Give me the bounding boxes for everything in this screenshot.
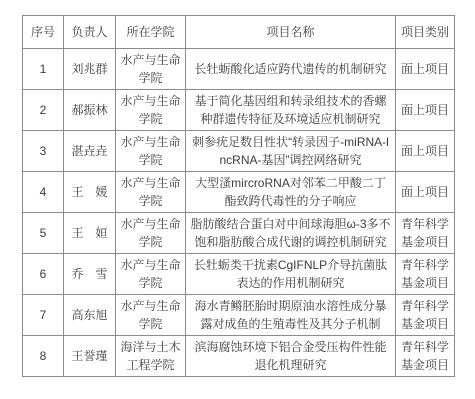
cell-leader: 王 媛 (64, 172, 116, 213)
cell-leader: 湛垚垚 (64, 131, 116, 172)
table-row: 6乔 雪水产与生命学院长牡蛎类干扰素CgIFNLP介导抗菌肽表达的作用机制研究青… (23, 254, 455, 295)
cell-category: 面上项目 (396, 131, 455, 172)
cell-category: 青年科学基金项目 (396, 295, 455, 336)
cell-no: 7 (23, 295, 64, 336)
cell-college: 水产与生命学院 (116, 172, 186, 213)
header-category: 项目类别 (396, 16, 455, 49)
cell-college: 水产与生命学院 (116, 131, 186, 172)
table-row: 4王 媛水产与生命学院大型溞mircroRNA对邻苯二甲酸二丁酯致跨代毒性的分子… (23, 172, 455, 213)
table-row: 2郝振林水产与生命学院基于简化基因组和转录组技术的香螺种群遗传特征及环境适应机制… (23, 90, 455, 131)
cell-category: 面上项目 (396, 90, 455, 131)
cell-category: 面上项目 (396, 49, 455, 90)
table-row: 8王誉瑾海洋与土木工程学院滨海腐蚀环境下铝合金受压构件性能退化机理研究青年科学基… (23, 336, 455, 377)
cell-no: 1 (23, 49, 64, 90)
cell-college: 水产与生命学院 (116, 213, 186, 254)
cell-leader: 刘兆群 (64, 49, 116, 90)
cell-category: 面上项目 (396, 172, 455, 213)
cell-leader: 郝振林 (64, 90, 116, 131)
cell-project: 大型溞mircroRNA对邻苯二甲酸二丁酯致跨代毒性的分子响应 (186, 172, 396, 213)
cell-college: 水产与生命学院 (116, 90, 186, 131)
cell-no: 3 (23, 131, 64, 172)
cell-college: 水产与生命学院 (116, 49, 186, 90)
header-college: 所在学院 (116, 16, 186, 49)
table-row: 7高东旭水产与生命学院海水青鳉胚胎时期原油水溶性成分暴露对成鱼的生殖毒性及其分子… (23, 295, 455, 336)
cell-project: 长牡蛎类干扰素CgIFNLP介导抗菌肽表达的作用机制研究 (186, 254, 396, 295)
header-leader: 负责人 (64, 16, 116, 49)
header-project: 项目名称 (186, 16, 396, 49)
cell-project: 滨海腐蚀环境下铝合金受压构件性能退化机理研究 (186, 336, 396, 377)
table-row: 1刘兆群水产与生命学院长牡蛎酸化适应跨代遗传的机制研究面上项目 (23, 49, 455, 90)
cell-project: 海水青鳉胚胎时期原油水溶性成分暴露对成鱼的生殖毒性及其分子机制 (186, 295, 396, 336)
cell-leader: 高东旭 (64, 295, 116, 336)
cell-category: 青年科学基金项目 (396, 254, 455, 295)
cell-leader: 王誉瑾 (64, 336, 116, 377)
cell-project: 基于简化基因组和转录组技术的香螺种群遗传特征及环境适应机制研究 (186, 90, 396, 131)
cell-project: 刺参疣足数目性状“转录因子-miRNA-lncRNA-基因”调控网络研究 (186, 131, 396, 172)
cell-category: 青年科学基金项目 (396, 336, 455, 377)
cell-college: 海洋与土木工程学院 (116, 336, 186, 377)
header-no: 序号 (23, 16, 64, 49)
table-body: 1刘兆群水产与生命学院长牡蛎酸化适应跨代遗传的机制研究面上项目2郝振林水产与生命… (23, 49, 455, 377)
cell-project: 长牡蛎酸化适应跨代遗传的机制研究 (186, 49, 396, 90)
table-row: 3湛垚垚水产与生命学院刺参疣足数目性状“转录因子-miRNA-lncRNA-基因… (23, 131, 455, 172)
cell-no: 5 (23, 213, 64, 254)
cell-no: 8 (23, 336, 64, 377)
cell-no: 2 (23, 90, 64, 131)
cell-college: 水产与生命学院 (116, 254, 186, 295)
cell-category: 青年科学基金项目 (396, 213, 455, 254)
cell-no: 4 (23, 172, 64, 213)
table-row: 5王 姮水产与生命学院脂肪酸结合蛋白对中间球海胆ω-3多不饱和脂肪酸合成代谢的调… (23, 213, 455, 254)
cell-leader: 乔 雪 (64, 254, 116, 295)
cell-no: 6 (23, 254, 64, 295)
cell-college: 水产与生命学院 (116, 295, 186, 336)
cell-project: 脂肪酸结合蛋白对中间球海胆ω-3多不饱和脂肪酸合成代谢的调控机制研究 (186, 213, 396, 254)
cell-leader: 王 姮 (64, 213, 116, 254)
header-row: 序号 负责人 所在学院 项目名称 项目类别 (23, 16, 455, 49)
projects-table: 序号 负责人 所在学院 项目名称 项目类别 1刘兆群水产与生命学院长牡蛎酸化适应… (22, 15, 455, 377)
page: 序号 负责人 所在学院 项目名称 项目类别 1刘兆群水产与生命学院长牡蛎酸化适应… (0, 0, 475, 399)
table-header: 序号 负责人 所在学院 项目名称 项目类别 (23, 16, 455, 49)
